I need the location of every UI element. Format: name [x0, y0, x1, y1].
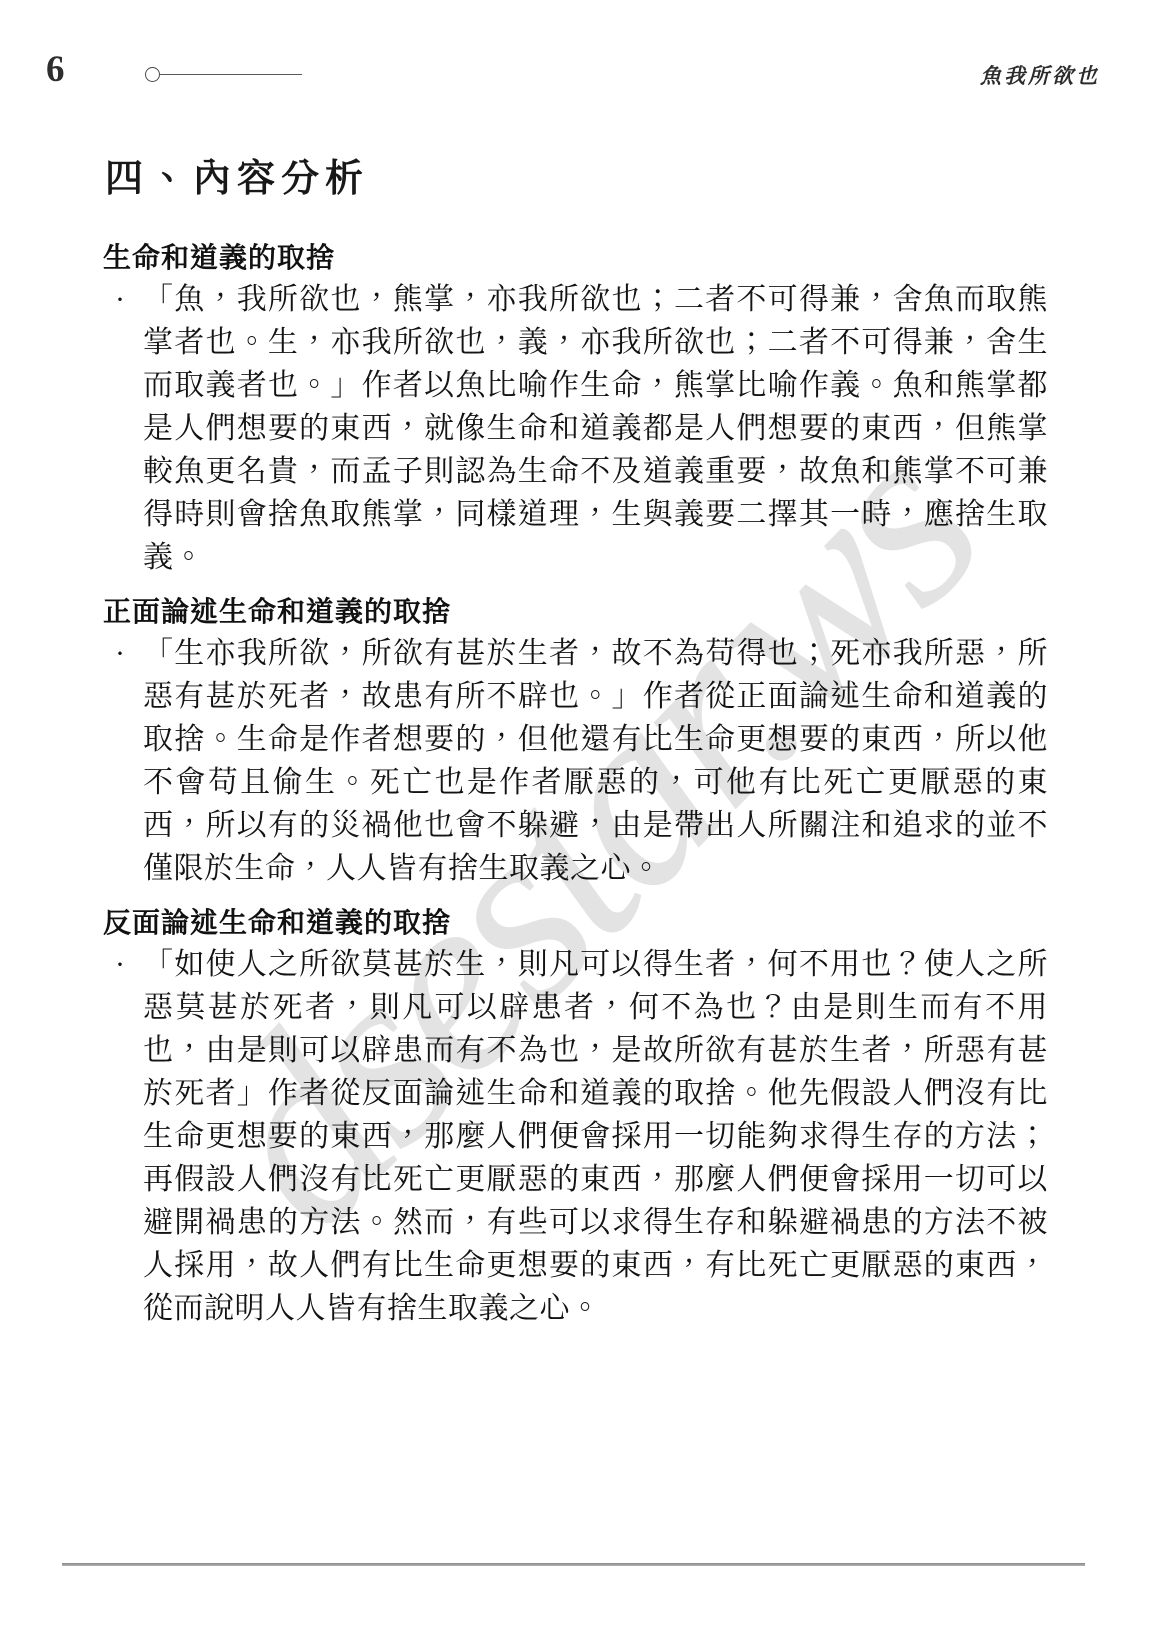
paragraph-text: 「如使人之所欲莫甚於生，則凡可以得生者，何不用也？使人之所惡莫甚於死者，則凡可以…: [143, 948, 1048, 1325]
section-heading: 正面論述生命和道義的取捨: [103, 594, 1048, 632]
paragraph-text: 「生亦我所欲，所欲有甚於生者，故不為苟得也；死亦我所惡，所惡有甚於死者，故患有所…: [143, 637, 1048, 885]
section-heading: 生命和道義的取捨: [103, 240, 1048, 278]
paragraph-text: 「魚，我所欲也，熊掌，亦我所欲也；二者不可得兼，舍魚而取熊掌者也。生，亦我所欲也…: [143, 283, 1048, 574]
header-rule-decoration: [145, 67, 305, 83]
section-paragraph: ·「魚，我所欲也，熊掌，亦我所欲也；二者不可得兼，舍魚而取熊掌者也。生，亦我所欲…: [103, 278, 1048, 579]
document-page: { "page": { "number": "6", "header_title…: [0, 0, 1152, 1630]
section-positive-argument: 正面論述生命和道義的取捨 ·「生亦我所欲，所欲有甚於生者，故不為苟得也；死亦我所…: [103, 594, 1048, 890]
bullet-icon: ·: [115, 943, 126, 986]
section-heading: 反面論述生命和道義的取捨: [103, 905, 1048, 943]
section-negative-argument: 反面論述生命和道義的取捨 ·「如使人之所欲莫甚於生，則凡可以得生者，何不用也？使…: [103, 905, 1048, 1330]
bullet-icon: ·: [115, 632, 126, 675]
page-title: 四、內容分析: [105, 156, 1048, 202]
section-paragraph: ·「如使人之所欲莫甚於生，則凡可以得生者，何不用也？使人之所惡莫甚於死者，則凡可…: [103, 943, 1048, 1330]
section-paragraph: ·「生亦我所欲，所欲有甚於生者，故不為苟得也；死亦我所惡，所惡有甚於死者，故患有…: [103, 632, 1048, 890]
section-life-vs-righteousness: 生命和道義的取捨 ·「魚，我所欲也，熊掌，亦我所欲也；二者不可得兼，舍魚而取熊掌…: [103, 240, 1048, 579]
footer-divider: [62, 1563, 1085, 1566]
horizontal-rule-icon: [160, 74, 302, 75]
page-content: 四、內容分析 生命和道義的取捨 ·「魚，我所欲也，熊掌，亦我所欲也；二者不可得兼…: [103, 0, 1048, 1330]
bullet-icon: ·: [115, 278, 126, 321]
running-header-title: 魚我所欲也: [980, 60, 1100, 90]
page-number: 6: [46, 48, 65, 91]
circle-icon: [145, 67, 160, 82]
